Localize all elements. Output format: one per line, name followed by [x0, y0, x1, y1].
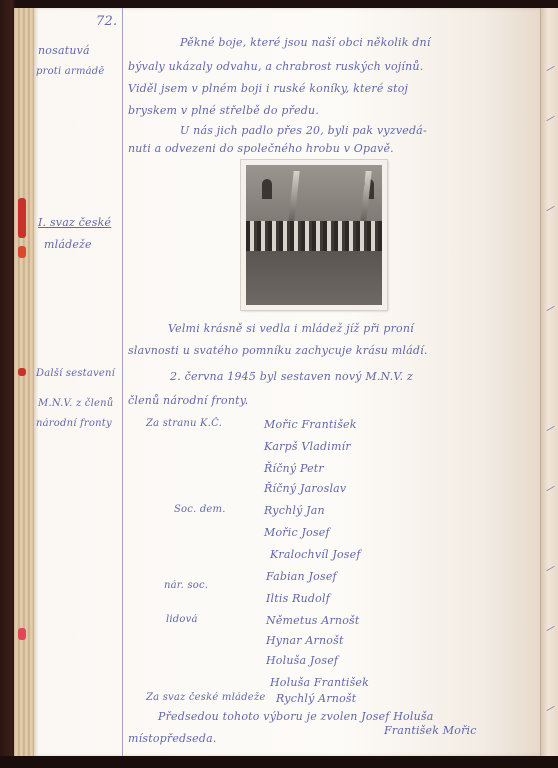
edge-mark: [18, 246, 26, 258]
closing-line: místopředseda.: [128, 732, 217, 745]
photo-image: [246, 165, 382, 305]
member-name: Mořic František: [264, 418, 357, 431]
edge-mark: [18, 368, 26, 376]
edge-mark: [18, 198, 26, 238]
member-name: Karpš Vladimír: [264, 440, 351, 453]
member-role: nár. soc.: [164, 580, 208, 591]
member-name: Říčný Petr: [264, 462, 324, 475]
body-line: 2. června 1945 byl sestaven nový M.N.V. …: [170, 370, 413, 383]
body-line: Viděl jsem v plném boji i ruské koníky, …: [128, 82, 408, 95]
page-number: 72.: [96, 14, 117, 29]
member-role: Za svaz české mládeže: [146, 692, 265, 703]
member-role: lidová: [166, 614, 198, 625]
margin-note-line: národní fronty: [36, 418, 112, 429]
edge-mark: [18, 628, 26, 640]
body-line: Pěkné boje, které jsou naší obci několik…: [180, 36, 431, 49]
margin-note-line: M.N.V. z členů: [38, 398, 113, 409]
body-line: členů národní fronty.: [128, 394, 248, 407]
margin-note-line: I. svaz české: [38, 216, 111, 229]
binding-bottom: [0, 756, 558, 768]
body-line: U nás jich padlo přes 20, byli pak vyzve…: [180, 124, 427, 137]
member-name: Hynar Arnošt: [266, 634, 344, 647]
member-name: Říčný Jaroslav: [264, 482, 346, 495]
body-line: bryskem v plné střelbě do předu.: [128, 104, 319, 117]
book-spread: 72. nosatuvá proti armádě I. svaz české …: [0, 0, 558, 768]
body-line: slavnosti u svatého pomníku zachycuje kr…: [128, 344, 428, 357]
margin-note-line: mládeže: [44, 238, 92, 251]
margin-note-line: Další sestavení: [36, 368, 115, 379]
member-name: Fabian Josef: [266, 570, 337, 583]
member-name: Kralochvíl Josef: [270, 548, 361, 561]
member-name: Holuša Josef: [266, 654, 338, 667]
member-name: Němetus Arnošt: [266, 614, 360, 627]
body-line: bývaly ukázaly odvahu, a chrabrost ruský…: [128, 60, 423, 73]
member-name: Iltis Rudolf: [266, 592, 330, 605]
margin-note-line: nosatuvá: [38, 44, 90, 57]
margin-note-line: proti armádě: [36, 66, 105, 77]
margin-rule: [122, 8, 123, 756]
body-line: nuti a odvezeni do společného hrobu v Op…: [128, 142, 394, 155]
member-name: Rychlý Arnošt: [276, 692, 356, 705]
body-line: Velmi krásně si vedla i mládež jíž při p…: [168, 322, 414, 335]
signature: František Mořic: [384, 724, 477, 737]
photograph: [241, 160, 387, 310]
next-page-edge: [540, 8, 558, 756]
member-name: Rychlý Jan: [264, 504, 325, 517]
member-name: Holuša František: [270, 676, 369, 689]
member-role: Za stranu K.Č.: [146, 418, 222, 429]
member-role: Soc. dem.: [174, 504, 226, 515]
closing-line: Předsedou tohoto výboru je zvolen Josef …: [158, 710, 433, 723]
member-name: Mořic Josef: [264, 526, 330, 539]
